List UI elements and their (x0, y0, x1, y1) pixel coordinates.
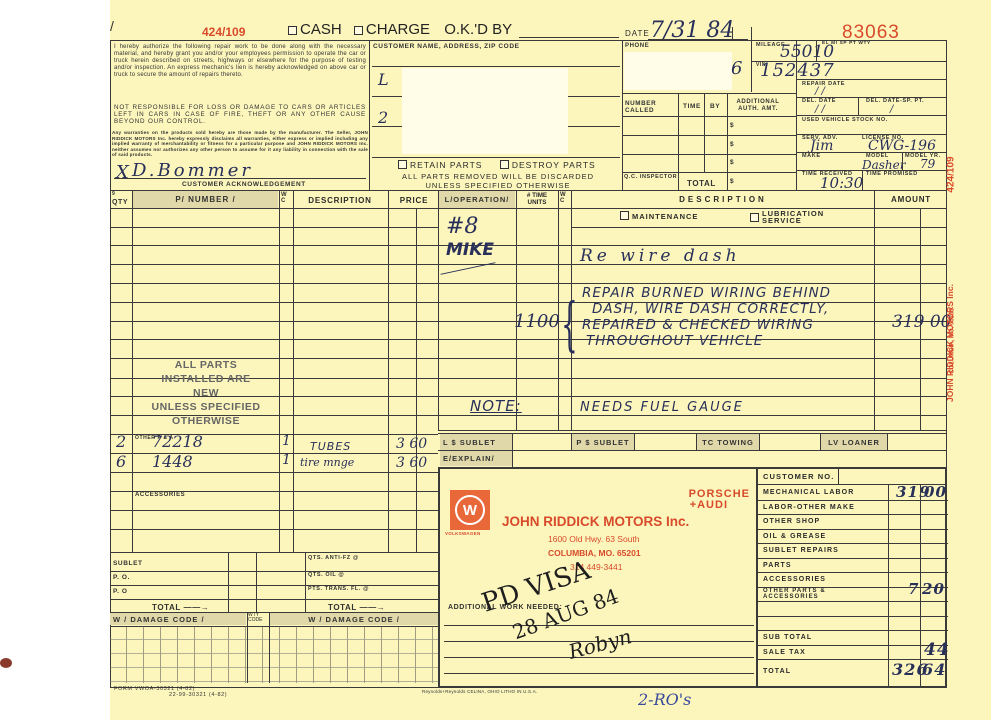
warranty-disclaimer: Any warranties on the products sold here… (112, 130, 368, 158)
amount-header: AMOUNT (876, 195, 946, 204)
time-units-header: # TIME UNITS (517, 192, 557, 206)
p-number-header: P/ NUMBER / (133, 191, 278, 208)
p-sublet-label: P $ SUBLET (572, 434, 634, 450)
printer-credit: Reynolds+Reynolds CELINA, OHIO LITHO IN … (422, 688, 537, 695)
redacted-phone (624, 52, 732, 90)
wty-label: EL MI SP PT WTY (822, 41, 871, 46)
brand-names: PORSCHE +AUDI (670, 489, 750, 511)
vw-brand-label: VOLKSWAGEN (445, 531, 481, 536)
dealer-name: JOHN RIDDICK MOTORS Inc. (502, 514, 689, 529)
handwritten-ros: 2-RO's (638, 690, 691, 709)
calls-row (622, 116, 797, 117)
divider (862, 170, 863, 190)
by-header: BY (710, 103, 720, 110)
part-wc[interactable]: 1 (282, 452, 291, 468)
okd-by-label: O.K.'D BY (444, 21, 512, 38)
calls-row (622, 172, 797, 173)
labor-description-header: DESCRIPTION (572, 195, 874, 204)
sublet-label: SUBLET (113, 560, 143, 567)
divider (732, 27, 733, 40)
phone-partial: 6 (731, 58, 742, 79)
sublet-row (110, 599, 438, 600)
note-label: NOTE: (470, 397, 522, 415)
maintenance-checkbox[interactable] (620, 211, 629, 220)
discard-notice-line1: ALL PARTS REMOVED WILL BE DISCARDED (378, 172, 618, 181)
fluid-trans-label: PTS. TRANS. FL. @ (308, 587, 369, 593)
used-stock-label: USED VEHICLE STOCK NO. (802, 117, 888, 123)
customer-label: CUSTOMER NAME, ADDRESS, ZIP CODE (373, 43, 520, 50)
total-label: TOTAL (763, 668, 791, 675)
del-date-sp-label: DEL. DATE-SP. PT. (866, 98, 924, 104)
vw-logo: W (450, 490, 490, 530)
form-code: FORM VWOA-30321 (4-82) 22-99-30321 (4-82… (114, 686, 227, 698)
customer-line (372, 157, 620, 158)
work-performed[interactable]: REPAIR BURNED WIRING BEHIND DASH, WIRE D… (582, 285, 831, 349)
totals-row-label: LABOR-OTHER MAKE (763, 504, 855, 511)
po-label: P. O. (113, 574, 130, 581)
divider (704, 93, 705, 173)
divider (678, 93, 679, 190)
work-line: REPAIRED & CHECKED WIRING (582, 317, 831, 333)
fluid-oil-label: QTS. OIL @ (308, 573, 344, 579)
additional-work-line (444, 657, 754, 658)
additional-work-line (444, 625, 754, 626)
calls-total-label: TOTAL (687, 179, 716, 188)
side-number-text: 424/109 (946, 156, 957, 192)
notice-line: OTHERWISE (135, 414, 277, 428)
sublet-strip-bottom (438, 450, 947, 451)
totals-row-amount: 7 (908, 586, 920, 592)
lubrication-label: LUBRICATION SERVICE (762, 210, 832, 224)
notice-line: INSTALLED ARE (135, 372, 277, 386)
brace-glyph: { (561, 290, 578, 358)
damage-code-grid[interactable] (110, 626, 438, 683)
totals-row-label: OIL & GREASE (763, 533, 826, 540)
cash-checkbox[interactable] (288, 26, 297, 35)
fluids-total-label: TOTAL ——→ (328, 603, 385, 612)
qc-inspector-label: Q.C. INSPECTOR (624, 174, 677, 180)
divider (920, 485, 921, 687)
del-date-sp-value[interactable]: / (890, 104, 893, 115)
del-date-value[interactable]: / / (815, 104, 825, 115)
notice-line: NEW (135, 386, 277, 400)
maintenance-option: MAINTENANCE (620, 211, 698, 221)
part-price[interactable]: 3 60 (396, 455, 427, 471)
part-number[interactable]: 72218 (152, 432, 203, 451)
currency-sign: $ (730, 122, 734, 129)
totals-row-label: OTHER PARTS & ACCESSORIES (763, 588, 853, 600)
customer-line1-mark: L (378, 70, 389, 89)
divider (887, 433, 888, 450)
total-label: TOTAL (328, 603, 357, 612)
maintenance-label: MAINTENANCE (632, 212, 698, 221)
side-company: JOHN RIDDICK MOTORS Inc. COLUMBIA, MO. 6… (953, 260, 983, 430)
tech-name[interactable]: MIKE (446, 240, 494, 260)
divider (727, 93, 728, 190)
divider (228, 552, 229, 612)
totals-panel: CUSTOMER NO. MECHANICAL LABOR31900 LABOR… (756, 469, 946, 687)
stain-mark (0, 658, 12, 668)
explain-label: E/EXPLAIN/ (440, 451, 512, 466)
currency-sign: $ (730, 159, 734, 166)
po-label: P. O (113, 588, 128, 595)
l-sublet-label: L $ SUBLET (440, 434, 512, 450)
vw-logo-icon: W (455, 495, 485, 525)
divider (634, 433, 635, 450)
totals-row-label: PARTS (763, 562, 792, 569)
vehicle-row (796, 115, 947, 116)
additional-auth-header: ADDITIONAL AUTH. AMT. (730, 99, 786, 113)
damage-code-right-header: W / DAMAGE CODE / (270, 613, 438, 625)
lv-loaner-label: LV LOANER (821, 434, 887, 450)
totals-row-cents: 00 (924, 483, 947, 501)
sale-tax-label: SALE TAX (763, 649, 806, 656)
part-description[interactable]: TUBES (310, 440, 351, 453)
time-header: TIME (683, 103, 701, 110)
discard-notice-line2: UNLESS SPECIFIED OTHERWISE (378, 181, 618, 190)
sublet-total-label: TOTAL ——→ (152, 603, 209, 612)
divider (888, 485, 889, 687)
discard-notice: ALL PARTS REMOVED WILL BE DISCARDED UNLE… (378, 172, 618, 190)
total-cents: 64 (922, 660, 946, 679)
vehicle-row (796, 79, 947, 80)
divider (759, 433, 760, 450)
divider (622, 40, 623, 190)
totals-row-label: MECHANICAL LABOR (763, 489, 893, 496)
notice-line: UNLESS SPECIFIED (135, 400, 277, 414)
part-qty[interactable]: 6 (116, 452, 126, 471)
model-yr-value[interactable]: 79 (920, 157, 935, 171)
customer-line (372, 66, 620, 67)
sale-tax-value: 44 (924, 640, 950, 660)
charge-checkbox[interactable] (354, 26, 363, 35)
sub-total-label: SUB TOTAL (763, 634, 812, 641)
divider (256, 552, 257, 612)
time-promised-label: TIME PROMISED (866, 171, 918, 177)
destroy-parts-checkbox[interactable] (500, 160, 509, 169)
divider (512, 450, 513, 467)
accessories-label: ACCESSORIES (135, 492, 185, 498)
wc-header: W C (281, 192, 289, 204)
retain-parts-label: RETAIN PARTS (410, 160, 482, 170)
signature-line (114, 178, 366, 179)
divider (816, 40, 817, 62)
divider (516, 190, 517, 430)
redacted-customer-info (402, 68, 568, 154)
notice-line: ALL PARTS (135, 358, 277, 372)
side-form-number: 424/109 (953, 145, 973, 205)
damage-code-left-header: W / DAMAGE CODE / (110, 613, 246, 625)
part-qty[interactable]: 2 (116, 432, 126, 451)
divider (512, 433, 513, 450)
price-header: PRICE (390, 196, 438, 205)
calls-row (622, 154, 797, 155)
parts-new-notice: ALL PARTS INSTALLED ARE NEW UNLESS SPECI… (135, 358, 277, 428)
divider (874, 190, 875, 430)
corner-mark: / (110, 18, 114, 34)
sublet-row (110, 571, 438, 572)
complaint-text[interactable]: Re wire dash (580, 246, 741, 266)
repair-date-value[interactable]: / / (815, 86, 825, 97)
totals-row-label: OTHER SHOP (763, 518, 820, 525)
labor-wc-header: W C (560, 192, 568, 204)
totals-row-cents: 20 (922, 586, 945, 592)
divider (902, 152, 903, 170)
wty-code-header: WTY CODE (248, 613, 268, 623)
totals-row-label: SUBLET REPAIRS (763, 547, 839, 554)
lubrication-option: LUBRICATION SERVICE (750, 210, 832, 224)
charge-label: CHARGE (366, 21, 430, 38)
work-line: REPAIR BURNED WIRING BEHIND (582, 285, 831, 301)
side-company-city: COLUMBIA, MO. 65201 (950, 308, 956, 373)
divider (858, 97, 859, 115)
audi-label: +AUDI (670, 500, 750, 511)
divider (751, 27, 752, 92)
part-description[interactable]: tire mnge (300, 456, 354, 469)
operation-header: L/OPERATION/ (439, 191, 515, 208)
divider (416, 208, 417, 552)
form-code-line2: 22-99-30321 (4-82) (114, 692, 227, 698)
okd-by-line (519, 37, 619, 38)
customer-acknowledgement-label: CUSTOMER ACKNOWLEDGEMENT (182, 181, 306, 188)
currency-sign: $ (730, 141, 734, 148)
work-line: THROUGHOUT VEHICLE (582, 333, 831, 349)
qty-top-mark: 9 (112, 191, 115, 197)
parts-disposition: RETAIN PARTS DESTROY PARTS (398, 160, 596, 170)
divider (247, 612, 248, 683)
number-called-header: NUMBER CALLED (625, 100, 675, 114)
dealer-address: 1600 Old Hwy. 63 South (548, 534, 640, 544)
divider (269, 612, 270, 683)
retain-parts-checkbox[interactable] (398, 160, 407, 169)
part-price[interactable]: 3 60 (396, 436, 427, 452)
signature-x: X (116, 162, 129, 183)
date-label: DATE (625, 29, 650, 38)
currency-sign: $ (730, 178, 734, 185)
authorization-text: I hereby authorize the following repair … (114, 44, 366, 79)
time-units-value[interactable]: 1100 (514, 311, 560, 332)
totals-row-label: ACCESSORIES (763, 576, 826, 583)
calls-header-top (622, 93, 797, 94)
tc-towing-label: TC TOWING (697, 434, 759, 450)
dealer-city: COLUMBIA, MO. 65201 (548, 548, 641, 558)
note-text[interactable]: NEEDS FUEL GAUGE (580, 400, 744, 415)
payment-options: CASH CHARGE O.K.'D BY (288, 21, 512, 38)
vin-value[interactable]: 152437 (760, 60, 835, 81)
total-label: TOTAL (152, 603, 181, 612)
sublet-row (110, 585, 438, 586)
part-number[interactable]: 1448 (152, 452, 193, 471)
sublet-top (110, 552, 438, 553)
lubrication-checkbox[interactable] (750, 213, 759, 222)
repair-order-form: / 424/109 CASH CHARGE O.K.'D BY DATE 7/3… (110, 0, 991, 720)
divider (369, 40, 370, 190)
divider (558, 190, 559, 430)
divider (305, 552, 306, 612)
not-responsible-text: NOT RESPONSIBLE FOR LOSS OR DAMAGE TO CA… (114, 104, 366, 125)
additional-work-line (444, 673, 754, 674)
cash-label: CASH (300, 21, 342, 38)
destroy-parts-label: DESTROY PARTS (512, 160, 596, 170)
make-label: MAKE (802, 153, 821, 159)
customer-no-label: CUSTOMER NO. (763, 472, 834, 481)
qty-header: QTY (112, 199, 128, 206)
phone-label: PHONE (625, 43, 649, 49)
calls-row (622, 135, 797, 136)
description-header: DESCRIPTION (294, 196, 386, 205)
work-line: DASH, WIRE DASH CORRECTLY, (582, 301, 831, 317)
form-number-top: 424/109 (202, 25, 245, 39)
divider (438, 190, 439, 430)
part-wc[interactable]: 1 (282, 433, 291, 449)
customer-line2-mark: 2 (378, 108, 388, 127)
labor-amount[interactable]: 319 00 (892, 312, 951, 332)
tech-number[interactable]: #8 (446, 214, 478, 239)
fluid-antifreeze-label: QTS. ANTI-FZ @ (308, 556, 359, 562)
